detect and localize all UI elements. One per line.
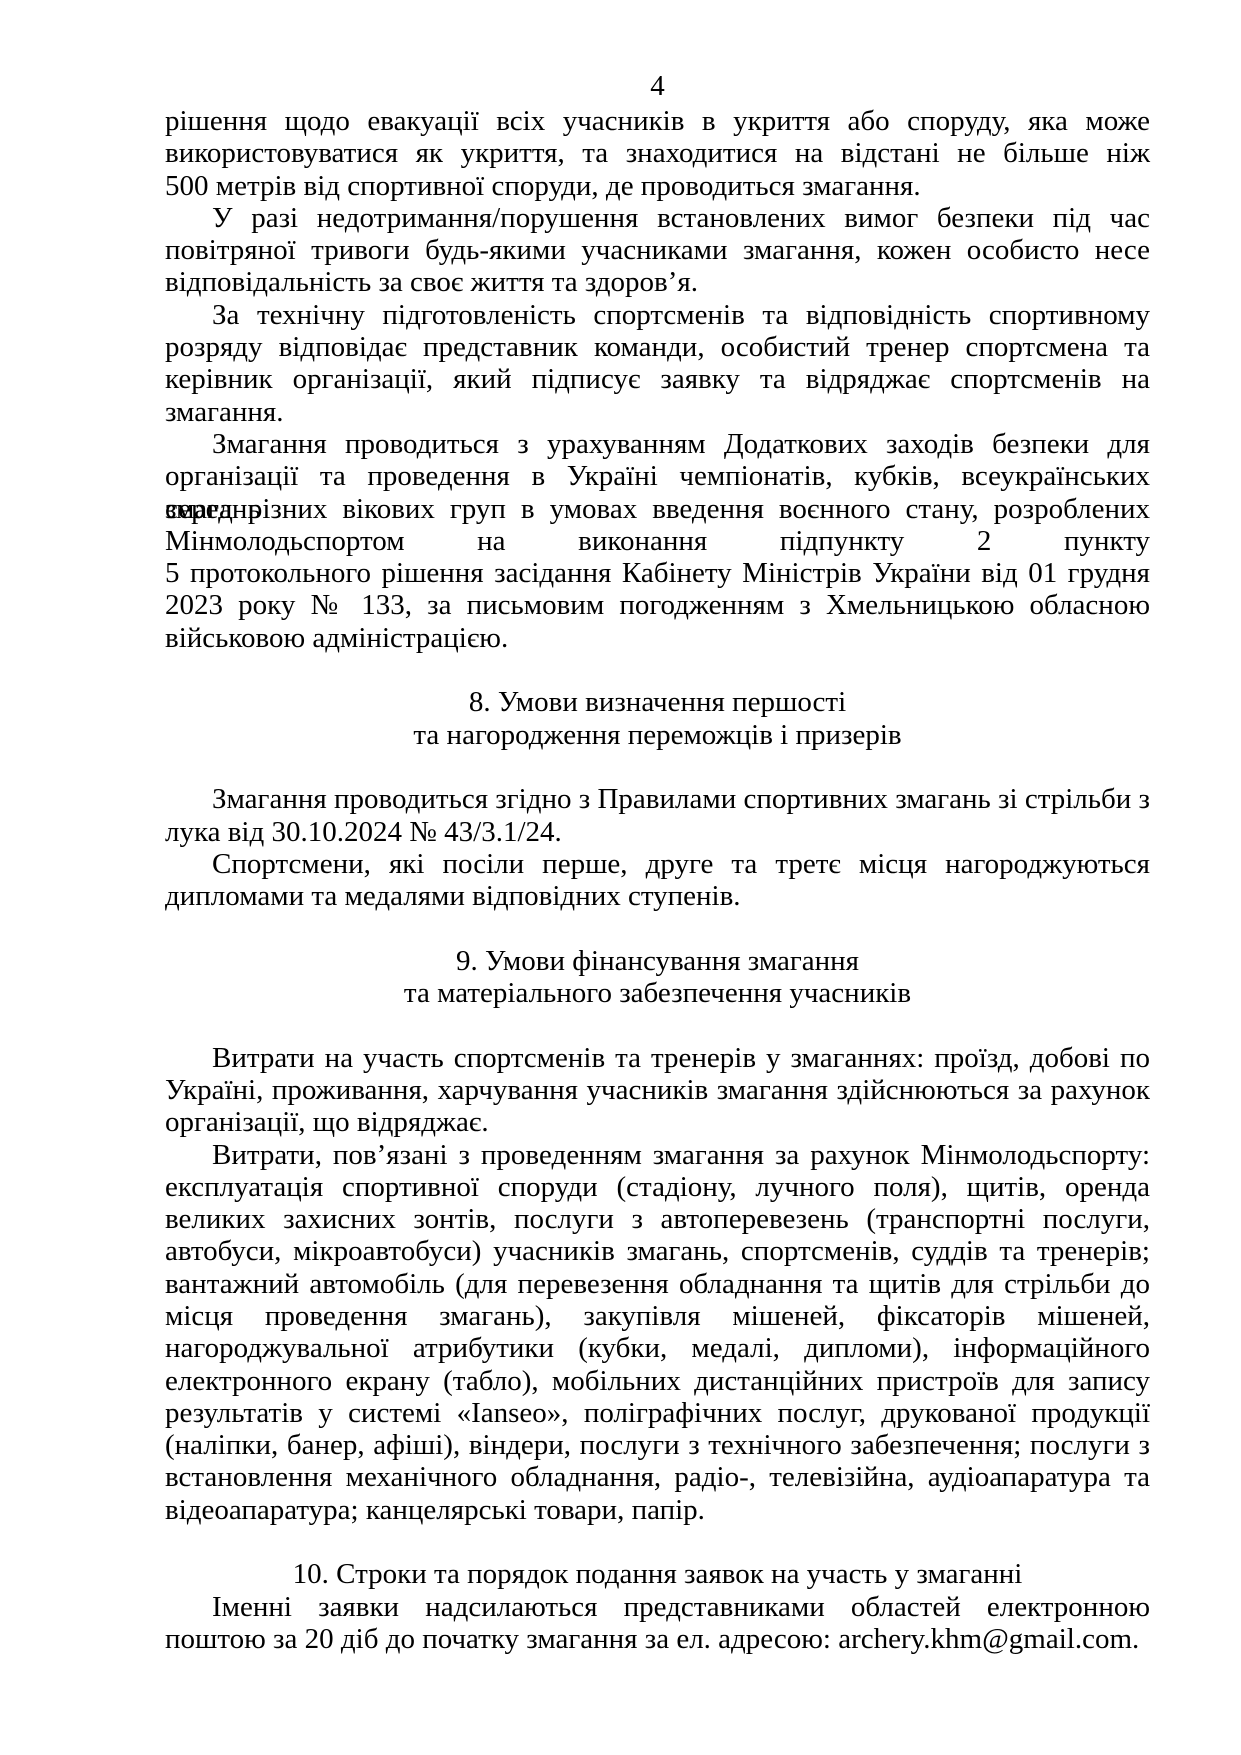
paragraph: Спортсмени, які посіли перше, друге та т… (165, 848, 1150, 913)
text-line: автобуси, мікроавтобуси) учасників змага… (165, 1235, 1150, 1267)
text-line: дипломами та медалями відповідних ступен… (165, 880, 1150, 912)
paragraph: Витрати на участь спортсменів та тренері… (165, 1042, 1150, 1139)
paragraph: За технічну підготовленість спортсменів … (165, 299, 1150, 428)
text-line: рішення щодо евакуації всіх учасників в … (165, 105, 1150, 137)
section-heading: 10. Строки та порядок подання заявок на … (165, 1558, 1150, 1590)
section-heading: 8. Умови визначення першостіта нагородже… (165, 686, 1150, 751)
text-line: вантажний автомобіль (для перевезення об… (165, 1268, 1150, 1300)
heading-line: 8. Умови визначення першості (165, 686, 1150, 718)
heading-line: та матеріального забезпечення учасників (165, 977, 1150, 1009)
text-line: За технічну підготовленість спортсменів … (165, 299, 1150, 331)
text-line: (наліпки, банер, афіші), віндери, послуг… (165, 1429, 1150, 1461)
paragraph: Змагання проводиться згідно з Правилами … (165, 783, 1150, 848)
text-line: використовуватися як укриття, та знаходи… (165, 137, 1150, 169)
blank-line (165, 751, 1150, 783)
text-line: місця проведення змагань), закупівля міш… (165, 1300, 1150, 1332)
paragraph: Змагання проводиться з урахуванням Додат… (165, 428, 1150, 654)
text-line: відповідальність за своє життя та здоров… (165, 266, 1150, 298)
section-heading: 9. Умови фінансування змаганнята матеріа… (165, 945, 1150, 1010)
text-line: Україні, проживання, харчування учасникі… (165, 1074, 1150, 1106)
text-line: нагороджувальної атрибутики (кубки, меда… (165, 1332, 1150, 1364)
text-line: встановлення механічного обладнання, рад… (165, 1461, 1150, 1493)
text-line: керівник організації, який підписує заяв… (165, 363, 1150, 395)
page-number: 4 (165, 70, 1150, 102)
text-line: 2023 року № 133, за письмовим погодження… (165, 589, 1150, 621)
text-line: серед різних вікових груп в умовах введе… (165, 493, 1150, 525)
text-line: організації та проведення в Україні чемп… (165, 460, 1150, 492)
heading-line: 9. Умови фінансування змагання (165, 945, 1150, 977)
text-line: Іменні заявки надсилаються представникам… (165, 1591, 1150, 1623)
blank-line (165, 912, 1150, 944)
text-line: Мінмолодьспортом на виконання підпункту … (165, 525, 1150, 557)
text-line: 5 протокольного рішення засідання Кабіне… (165, 557, 1150, 589)
text-line: лука від 30.10.2024 № 43/3.1/24. (165, 816, 1150, 848)
text-line: військовою адміністрацією. (165, 622, 1150, 654)
text-line: розряду відповідає представник команди, … (165, 331, 1150, 363)
text-line: поштою за 20 діб до початку змагання за … (165, 1623, 1150, 1655)
heading-line: 10. Строки та порядок подання заявок на … (165, 1558, 1150, 1590)
text-line: електронного екрану (табло), мобільних д… (165, 1365, 1150, 1397)
blank-line (165, 1009, 1150, 1041)
text-line: 500 метрів від спортивної споруди, де пр… (165, 170, 1150, 202)
text-line: Витрати, пов’язані з проведенням змаганн… (165, 1139, 1150, 1171)
text-line: У разі недотримання/порушення встановлен… (165, 202, 1150, 234)
text-line: повітряної тривоги будь-якими учасниками… (165, 234, 1150, 266)
text-line: Змагання проводиться з урахуванням Додат… (165, 428, 1150, 460)
blank-line (165, 654, 1150, 686)
blank-line (165, 1526, 1150, 1558)
paragraph: Іменні заявки надсилаються представникам… (165, 1591, 1150, 1656)
paragraph: рішення щодо евакуації всіх учасників в … (165, 105, 1150, 202)
text-line: Витрати на участь спортсменів та тренері… (165, 1042, 1150, 1074)
text-line: Змагання проводиться згідно з Правилами … (165, 783, 1150, 815)
text-line: експлуатація спортивної споруди (стадіон… (165, 1171, 1150, 1203)
text-line: відеоапаратура; канцелярські товари, пап… (165, 1494, 1150, 1526)
text-line: Спортсмени, які посіли перше, друге та т… (165, 848, 1150, 880)
text-line: великих захисних зонтів, послуги з автоп… (165, 1203, 1150, 1235)
text-line: змагання. (165, 396, 1150, 428)
text-line: результатів у системі «Ianseo», поліграф… (165, 1397, 1150, 1429)
paragraph: Витрати, пов’язані з проведенням змаганн… (165, 1139, 1150, 1527)
document-page: 4 рішення щодо евакуації всіх учасників … (0, 0, 1241, 1755)
document-body: рішення щодо евакуації всіх учасників в … (165, 105, 1150, 1655)
heading-line: та нагородження переможців і призерів (165, 719, 1150, 751)
paragraph: У разі недотримання/порушення встановлен… (165, 202, 1150, 299)
text-line: організації, що відряджає. (165, 1106, 1150, 1138)
